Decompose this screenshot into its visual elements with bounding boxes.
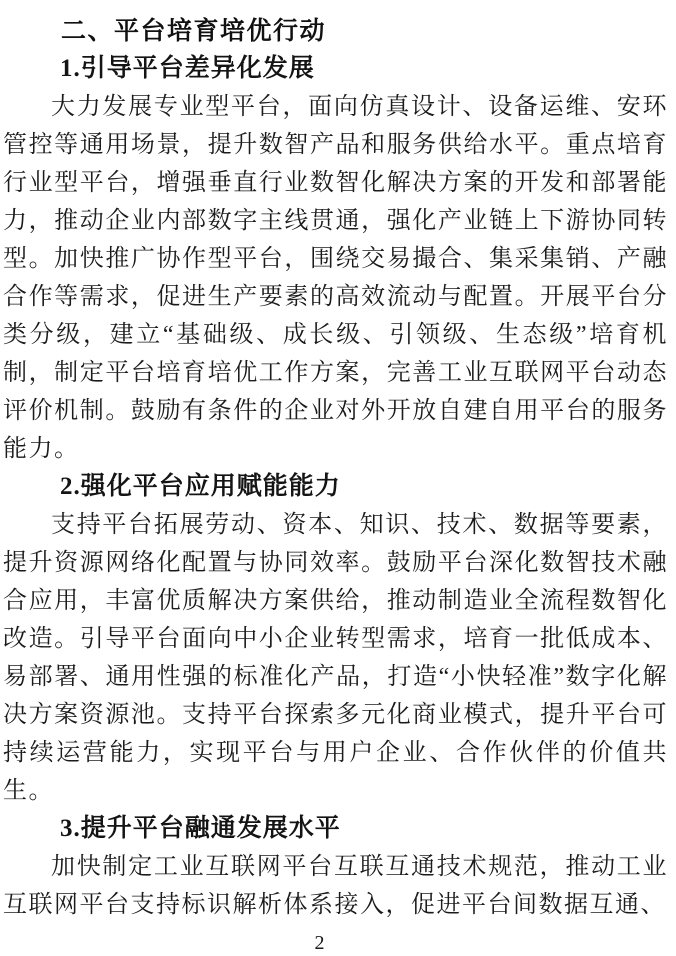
page-number: 2 (315, 932, 325, 954)
section-1: 1.引导平台差异化发展 大力发展专业型平台，面向仿真设计、设备运维、安环管控等通… (3, 50, 668, 468)
section-3-title: 3.提升平台融通发展水平 (3, 810, 668, 848)
section-3: 3.提升平台融通发展水平 加快制定工业互联网平台互联互通技术规范，推动工业互联网… (3, 810, 668, 924)
chapter-heading: 二、平台培育培优行动 (3, 12, 668, 50)
section-2: 2.强化平台应用赋能能力 支持平台拓展劳动、资本、知识、技术、数据等要素，提升资… (3, 468, 668, 810)
section-2-paragraph: 支持平台拓展劳动、资本、知识、技术、数据等要素，提升资源网络化配置与协同效率。鼓… (3, 506, 668, 810)
section-2-title: 2.强化平台应用赋能能力 (3, 468, 668, 506)
section-1-paragraph: 大力发展专业型平台，面向仿真设计、设备运维、安环管控等通用场景，提升数智产品和服… (3, 88, 668, 468)
section-1-title: 1.引导平台差异化发展 (3, 50, 668, 88)
page-footer: 2 (0, 924, 652, 956)
section-3-paragraph: 加快制定工业互联网平台互联互通技术规范，推动工业互联网平台支持标识解析体系接入，… (3, 848, 668, 924)
document-page: 二、平台培育培优行动 1.引导平台差异化发展 大力发展专业型平台，面向仿真设计、… (0, 0, 676, 956)
